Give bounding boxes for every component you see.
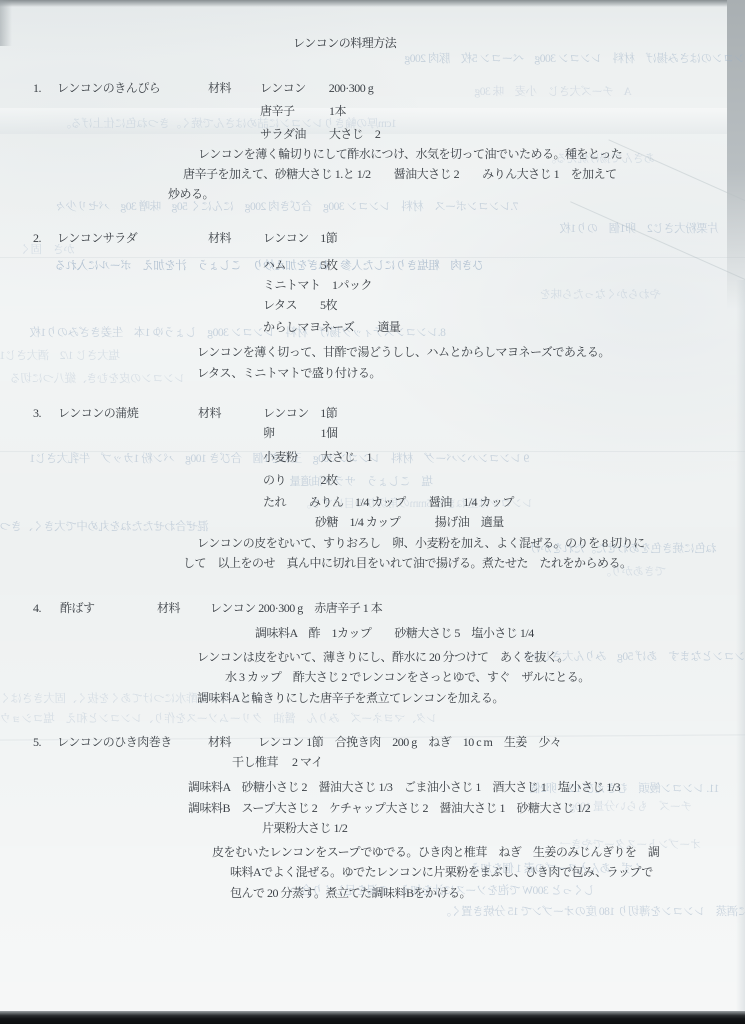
instruction-line: レンコンの皮をむいて、すりおろし 卵、小麦粉を加え、よく混ぜる。のりを 8 切り… bbox=[197, 535, 645, 551]
ingredient-line: 調味料A 酢 1カップ 砂糖大さじ 5 塩小さじ 1/4 bbox=[255, 625, 534, 641]
scanned-recipe-page: 6. レンコンのはさみ揚げ 材料 レンコン 300g ベーコン 5枚 豚肉 20… bbox=[0, 0, 745, 1024]
scan-edge-bottom bbox=[0, 1011, 745, 1024]
ingredient-line: レタス 5枚 bbox=[263, 297, 337, 313]
instruction-line: レンコンを薄く切って、甘酢で湯どうしし、ハムとからしマヨネーズであえる。 bbox=[197, 344, 610, 360]
ingredient-line: レンコン 1節 bbox=[263, 230, 337, 246]
bleedthrough-line: 7.レンコンポース 材料 レンコン 300g 合びき肉 200g にんにく 50… bbox=[55, 200, 518, 215]
materials-label: 材料 bbox=[208, 734, 231, 750]
ingredient-line: 調味料A 砂糖小さじ 2 醤油大さじ 1/3 ごま油小さじ 1 酒大さじ 1 塩… bbox=[188, 779, 620, 795]
paper-crease bbox=[570, 201, 745, 300]
ingredient-line: のり 2枚 bbox=[263, 472, 338, 488]
scan-edge-top bbox=[0, 0, 745, 7]
bleedthrough-line: 6. レンコンのはさみ揚げ 材料 レンコン 300g ベーコン 5枚 豚肉 20… bbox=[405, 52, 745, 67]
instruction-line: レンコンは皮をむいて、薄きりにし、酢水に 20 分つけて あくを抜く。 bbox=[197, 649, 569, 665]
instruction-line: 水 3 カップ 酢大さじ 2 でレンコンをさっとゆで、すぐ ザルにとる。 bbox=[225, 669, 590, 685]
recipe-number: 4. bbox=[33, 600, 41, 616]
bleedthrough-line: レンコンの皮をむき、縦八つに切る bbox=[10, 372, 185, 387]
instruction-line: レタス、ミニトマトで盛り付ける。 bbox=[197, 365, 381, 381]
recipe-name: レンコンサラダ bbox=[57, 230, 137, 246]
ingredient-line: サラダ油 大さじ 2 bbox=[260, 126, 380, 142]
recipe-name: レンコンのひき肉巻き bbox=[57, 734, 172, 750]
recipe-name: レンコンの蒲焼 bbox=[58, 405, 138, 421]
instruction-line: レンコンを薄く輪切りにして酢水につけ、水気を切って油でいためる。種をとった bbox=[198, 146, 622, 162]
bleedthrough-line: 混ぜ合わせたたねを丸め中で大きく、きつ bbox=[0, 520, 209, 535]
document-title: レンコンの料理方法 bbox=[293, 35, 396, 51]
ingredient-line: 干し椎茸 2 マイ bbox=[232, 754, 323, 770]
instruction-line: 炒める。 bbox=[168, 186, 214, 202]
materials-label: 材料 bbox=[198, 405, 221, 421]
instruction-line: 唐辛子を加えて、砂糖大さじ 1.と 1/2 醤油大さじ 2 みりん大さじ 1 を… bbox=[183, 166, 617, 182]
recipe-number: 2. bbox=[33, 230, 41, 246]
ingredient-line: レンコン 1節 bbox=[263, 405, 337, 421]
ingredient-line: ハム 5枚 bbox=[263, 257, 338, 273]
materials-label: 材料 bbox=[208, 230, 231, 246]
instruction-line: 調味料Aと輪きりにした唐辛子を煮立てレンコンを加える。 bbox=[197, 690, 504, 706]
ingredient-line: 卵 1個 bbox=[263, 425, 338, 441]
ingredient-line: 小麦粉 大さじ 1 bbox=[263, 449, 372, 465]
instruction-line: 味料Aでよく混ぜる。ゆでたレンコンに片栗粉をまぶし、ひき肉で包み、ラップで bbox=[230, 864, 653, 880]
instruction-line: 包んで 20 分蒸す。煮立てた調味料Bをかける。 bbox=[230, 885, 471, 901]
scan-edge-right bbox=[727, 0, 745, 310]
ingredient-line: レンコン 200·300 g 赤唐辛子 1 本 bbox=[210, 600, 382, 616]
ingredient-line: 調味料B スープ大さじ 2 ケチャップ大さじ 2 醤油大さじ 1 砂糖大さじ 1… bbox=[188, 800, 590, 816]
bleedthrough-line: A チーズ大さじ 小麦 味 30g bbox=[475, 85, 632, 100]
materials-label: 材料 bbox=[157, 600, 180, 616]
bleedthrough-line: 塩大さじ 1/2 酒大さじ1 bbox=[0, 349, 120, 364]
bleedthrough-line: やわらかくなったら味を bbox=[540, 288, 661, 303]
bleedthrough-line: 片栗粉大さじ2 卵1個 のり1枚 bbox=[560, 222, 719, 237]
bleedthrough-line: その上に酒蒸 レンコンを薄切り 180 度のオーブンで 15 分焼き置く。 bbox=[440, 905, 745, 920]
ingredient-line: 片栗粉大さじ 1/2 bbox=[262, 820, 347, 836]
recipe-number: 1. bbox=[33, 80, 41, 96]
ingredient-line: からしマヨネーズ 適量 bbox=[263, 319, 400, 335]
recipe-number: 3. bbox=[33, 405, 41, 421]
instruction-line: 皮をむいたレンコンをスープでゆでる。ひき肉と椎茸 ねぎ 生姜のみじんぎりを 調 bbox=[212, 844, 659, 860]
recipe-name: 酢ばす bbox=[60, 600, 95, 616]
ingredient-line: ミニトマト 1パック bbox=[263, 277, 372, 293]
ingredient-line: 唐辛子 1本 bbox=[260, 103, 346, 119]
recipe-number: 5. bbox=[33, 734, 41, 750]
ingredient-line: 砂糖 1/4 カップ 揚げ油 適量 bbox=[315, 514, 504, 530]
scan-edge-left bbox=[0, 0, 12, 46]
recipe-name: レンコンのきんぴら bbox=[57, 80, 160, 96]
materials-label: 材料 bbox=[208, 80, 231, 96]
ingredient-line: レンコン 1節 合挽き肉 200 g ねぎ 10 c m 生姜 少々 bbox=[258, 734, 561, 750]
ingredient-line: たれ みりん 1/4 カップ 醤油 1/4 カップ bbox=[263, 494, 514, 510]
ingredient-line: レンコン 200·300 g bbox=[260, 80, 373, 96]
instruction-line: して 以上をのせ 真ん中に切れ目をいれて油で揚げる。煮たせた たれをからめる。 bbox=[183, 555, 632, 571]
bleedthrough-line: レタ、マヨネーズ みりん 醤油 クリームソースを作り、レンコンと和え 塩コショウ bbox=[0, 712, 437, 727]
